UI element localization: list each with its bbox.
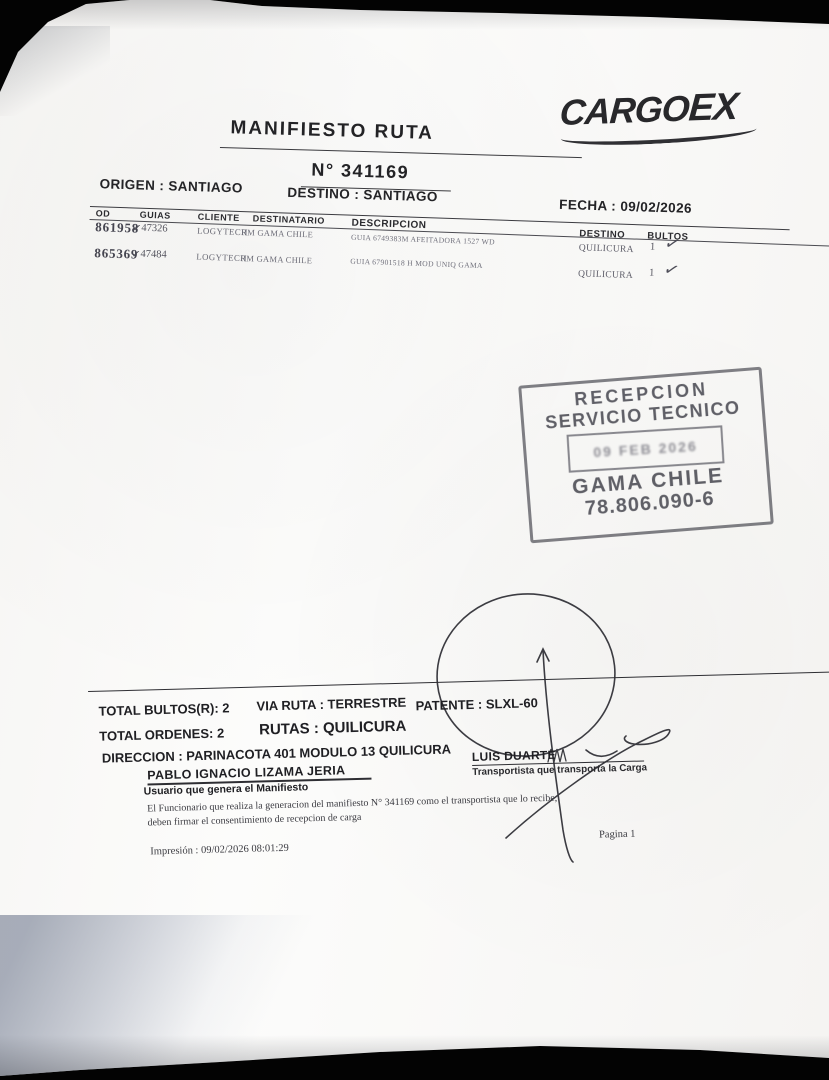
cell-bultos: 1 — [649, 268, 655, 279]
paper-bottom-shadow — [0, 1035, 829, 1080]
cell-destinatario: RM GAMA CHILE — [240, 253, 312, 265]
date-label: FECHA : 09/02/2026 — [559, 197, 692, 216]
document-title-block: MANIFIESTO RUTA N° 341169 — [185, 110, 605, 122]
carrier-name: LUIS DUARTE — [472, 748, 556, 764]
page-number: Pagina 1 — [599, 829, 636, 841]
title-underline — [220, 147, 582, 158]
totals-block: TOTAL BULTOS(R): 2 VIA RUTA : TERRESTRE … — [88, 669, 829, 878]
cell-destino: QUILICURA — [579, 243, 634, 255]
cargoex-logo: CARGOEX — [559, 84, 791, 147]
print-timestamp: Impresión : 09/02/2026 08:01:29 — [150, 843, 289, 858]
reception-stamp: RECEPCION SERVICIO TECNICO 09 FEB 2026 G… — [518, 367, 774, 544]
total-ordenes: TOTAL ORDENES: 2 — [99, 725, 224, 743]
paper-sheet: CARGOEX MANIFIESTO RUTA N° 341169 ORIGEN… — [0, 0, 829, 1080]
scanned-manifest-photo: CARGOEX MANIFIESTO RUTA N° 341169 ORIGEN… — [0, 0, 829, 1080]
disclaimer-line-2: deben firmar el consentimiento de recepc… — [147, 812, 361, 829]
via-ruta: VIA RUTA : TERRESTRE — [256, 695, 406, 714]
cell-descripcion: GUIA 67901518 H MOD UNIQ GAMA — [350, 257, 483, 270]
direccion: DIRECCION : PARINACOTA 401 MODULO 13 QUI… — [102, 742, 452, 766]
cell-destinatario: RM GAMA CHILE — [241, 227, 313, 239]
paper-top-shadow — [0, 0, 829, 30]
cell-descripcion: GUIA 6749383M AFEITADORA 1527 WD — [351, 233, 495, 247]
column-header-guias: GUIAS — [140, 210, 171, 221]
rutas: RUTAS : QUILICURA — [259, 718, 407, 739]
paper-topleft-shadow — [0, 26, 110, 116]
page-title: MANIFIESTO RUTA — [230, 117, 434, 145]
cell-destino: QUILICURA — [578, 269, 633, 281]
total-bultos: TOTAL BULTOS(R): 2 — [98, 700, 229, 718]
cell-guia: 47326 — [141, 223, 168, 235]
stamp-date: 09 FEB 2026 — [593, 438, 698, 460]
column-header-cliente: CLIENTE — [198, 212, 240, 223]
cell-guia: 47484 — [140, 249, 167, 261]
origin-label: ORIGEN : SANTIAGO — [99, 176, 243, 195]
destination-label: DESTINO : SANTIAGO — [287, 185, 438, 204]
column-header-od: OD — [96, 208, 111, 218]
patente: PATENTE : SLXL-60 — [415, 695, 538, 713]
cell-bultos: 1 — [650, 242, 656, 253]
